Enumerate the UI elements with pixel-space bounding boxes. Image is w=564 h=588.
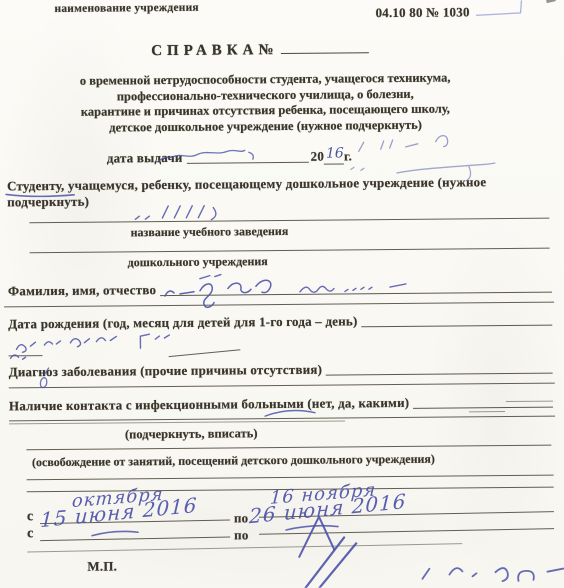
pen-dash-row2-to bbox=[286, 526, 338, 530]
title-number-line bbox=[280, 40, 368, 54]
fio-label: Фамилия, имя, отчество bbox=[8, 282, 156, 299]
purpose-paragraph: о временной нетрудоспособности студента,… bbox=[0, 70, 533, 137]
scan-smudge bbox=[546, 0, 555, 2]
birth-short-line bbox=[9, 355, 43, 356]
diagnosis-row: Диагноз заболевания (прочие причины отсу… bbox=[9, 359, 555, 381]
handwritten-year: 16 bbox=[326, 145, 344, 161]
fio-row: Фамилия, имя, отчество bbox=[8, 278, 554, 300]
contact-label: Наличие контакта с инфекционными больным… bbox=[9, 395, 409, 414]
birth-date-row: Дата рождения (год, месяц для детей для … bbox=[8, 311, 554, 333]
birth-date-label: Дата рождения (год, месяц для детей для … bbox=[8, 313, 357, 332]
preschool-line bbox=[30, 248, 550, 254]
preschool-caption: дошкольного учреждения bbox=[48, 253, 348, 271]
issue-date-line bbox=[187, 148, 309, 164]
doc-title: СПРАВКА№ bbox=[151, 42, 279, 59]
margin-dash bbox=[469, 411, 505, 412]
contact-extra-line-double bbox=[9, 420, 345, 424]
issue-date-label: дата выдачи bbox=[107, 150, 183, 167]
scanned-certificate-page: наименование учреждения 04.10 80 № 1030 … bbox=[0, 0, 564, 588]
issue-date-row: дата выдачи 20 16 г. bbox=[107, 147, 355, 166]
period-to-line bbox=[259, 528, 554, 535]
addressee-paragraph: Студенту, учащемуся, ребенку, посещающем… bbox=[7, 174, 557, 211]
year-prefix: 20 bbox=[311, 149, 325, 165]
purpose-line: детское дошкольное учреждение (нужное по… bbox=[0, 116, 533, 136]
pen-signature-marks bbox=[422, 567, 563, 582]
year-suffix: г. bbox=[344, 149, 352, 165]
period-from-label: с bbox=[27, 508, 34, 525]
diagnosis-line bbox=[326, 359, 553, 376]
period-to-label: по bbox=[234, 527, 249, 543]
pen-marks-right-of-date bbox=[359, 136, 448, 152]
period-to-label: по bbox=[234, 510, 249, 526]
diagnosis-label: Диагноз заболевания (прочие причины отсу… bbox=[9, 362, 323, 381]
fio-extra-line bbox=[4, 302, 554, 308]
underline-note-caption: (подчеркнуть, вписать) bbox=[41, 425, 341, 443]
school-name-line bbox=[29, 218, 549, 224]
birth-date-line bbox=[361, 311, 552, 328]
pen-dash-row2-from bbox=[92, 531, 138, 535]
title-row: СПРАВКА№ bbox=[0, 39, 522, 62]
year-line: 16 bbox=[324, 149, 344, 164]
diagnosis-extra-line bbox=[9, 383, 555, 389]
period-from-line bbox=[40, 536, 230, 541]
pen-bracket-mark bbox=[476, 1, 521, 15]
institution-caption: наименование учреждения bbox=[54, 1, 198, 16]
doc-reference-number: 04.10 80 № 1030 bbox=[375, 4, 469, 21]
exemption-note-caption: (освобождение от занятий, посещений детс… bbox=[23, 452, 443, 471]
birth-diagonal-line bbox=[169, 349, 241, 357]
school-name-caption: название учебного заведения bbox=[59, 223, 359, 241]
fio-line bbox=[160, 278, 552, 296]
stamp-placeholder: М.П. bbox=[87, 558, 117, 574]
document-sheet: наименование учреждения 04.10 80 № 1030 … bbox=[0, 0, 564, 588]
period-from-label: с bbox=[27, 525, 34, 542]
blank-line bbox=[27, 543, 462, 552]
blank-line bbox=[27, 475, 554, 481]
blank-line bbox=[26, 445, 551, 451]
